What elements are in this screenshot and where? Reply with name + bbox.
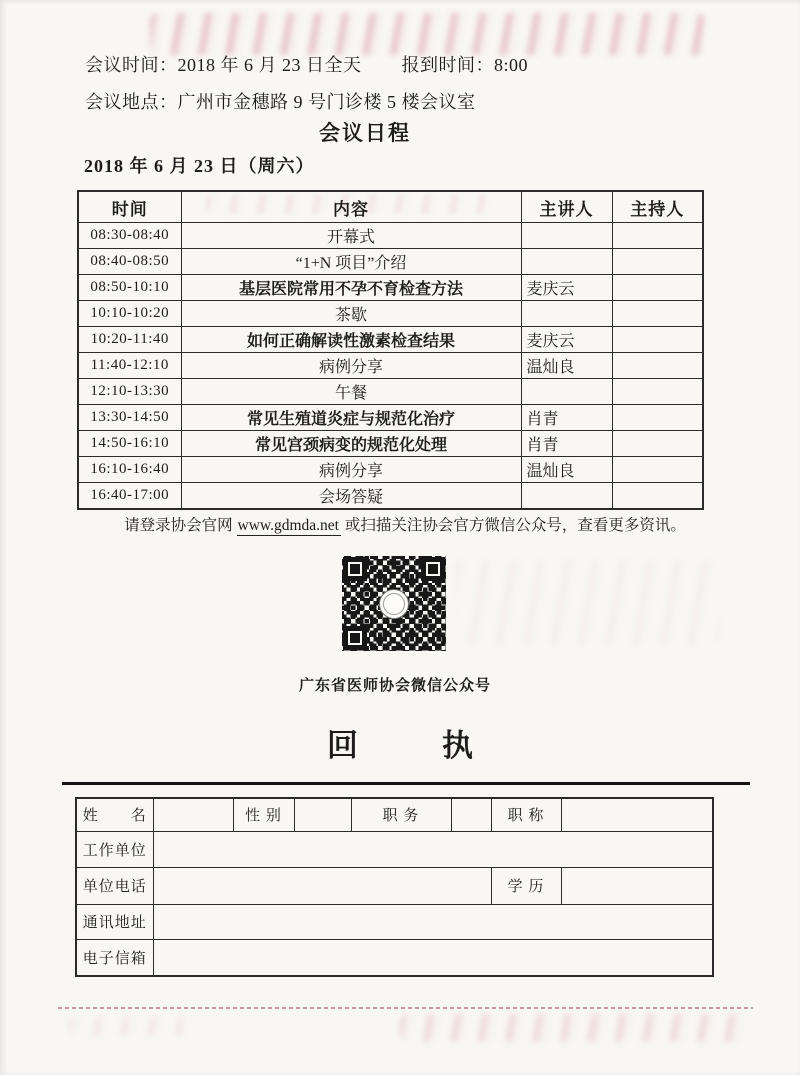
bleed-through-artifact-bottom-left — [68, 1016, 188, 1036]
schedule-row: 16:10-16:40 病例分享 温灿良 — [78, 457, 703, 483]
schedule-cell-time: 14:50-16:10 — [78, 431, 181, 457]
schedule-cell-speaker: 温灿良 — [521, 353, 612, 379]
schedule-cell-time: 08:40-08:50 — [78, 249, 181, 275]
schedule-cell-content: “1+N 项目”介绍 — [181, 249, 521, 275]
checkin-time-label: 报到时间： — [402, 55, 495, 75]
schedule-row: 12:10-13:30 午餐 — [78, 379, 703, 405]
column-header-time: 时间 — [78, 191, 181, 223]
meeting-time-line: 会议时间：2018 年 6 月 23 日全天报到时间：8:00 — [85, 51, 528, 77]
field-blank-title — [561, 798, 713, 831]
field-label-name: 姓 名 — [76, 798, 153, 831]
schedule-cell-time: 11:40-12:10 — [78, 353, 181, 379]
schedule-cell-time: 08:30-08:40 — [78, 223, 181, 249]
meeting-time-value: 2018 年 6 月 23 日全天 — [178, 55, 362, 75]
schedule-cell-time: 12:10-13:30 — [78, 379, 181, 405]
scanned-document-page: 会议时间：2018 年 6 月 23 日全天报到时间：8:00 会议地点：广州市… — [0, 0, 800, 1075]
field-label-email: 电子信箱 — [76, 939, 153, 976]
schedule-cell-speaker: 肖青 — [521, 431, 612, 457]
schedule-cell-time: 10:10-10:20 — [78, 301, 181, 327]
schedule-cell-time: 16:10-16:40 — [78, 457, 181, 483]
schedule-cell-speaker: 麦庆云 — [521, 275, 612, 301]
agenda-date-heading: 2018 年 6 月 23 日（周六） — [84, 152, 315, 178]
wechat-qr-code — [342, 556, 446, 651]
schedule-cell-host — [612, 249, 703, 275]
checkin-time-value: 8:00 — [494, 55, 528, 75]
field-label-title: 职 称 — [491, 798, 561, 831]
field-blank-email — [153, 939, 713, 976]
schedule-cell-time: 16:40-17:00 — [78, 483, 181, 510]
schedule-cell-content: 常见宫颈病变的规范化处理 — [181, 431, 521, 457]
schedule-cell-speaker: 麦庆云 — [521, 327, 612, 353]
schedule-cell-speaker — [521, 223, 612, 249]
schedule-cell-host — [612, 457, 703, 483]
meeting-place-value: 广州市金穗路 9 号门诊楼 5 楼会议室 — [178, 92, 476, 112]
qr-finder-bottom-left — [343, 626, 367, 650]
column-header-speaker: 主讲人 — [521, 191, 612, 223]
schedule-cell-host — [612, 379, 703, 405]
qr-finder-top-right — [421, 557, 445, 581]
field-label-address: 通讯地址 — [76, 904, 153, 939]
reply-form-table: 姓 名 性 别 职 务 职 称 工作单位 单位电话 学 历 通讯地址 — [75, 797, 714, 977]
field-label-phone: 单位电话 — [76, 867, 153, 904]
schedule-cell-time: 08:50-10:10 — [78, 275, 181, 301]
schedule-cell-host — [612, 483, 703, 510]
meeting-place-line: 会议地点：广州市金穗路 9 号门诊楼 5 楼会议室 — [85, 88, 476, 114]
schedule-cell-host — [612, 405, 703, 431]
field-blank-sex — [294, 798, 351, 831]
schedule-row: 10:10-10:20 茶歇 — [78, 301, 703, 327]
qr-finder-top-left — [343, 557, 367, 581]
field-blank-duty — [451, 798, 491, 831]
field-blank-employer — [153, 831, 713, 867]
meeting-time-label: 会议时间： — [85, 55, 178, 75]
field-label-sex: 性 别 — [233, 798, 294, 831]
agenda-title: 会议日程 — [0, 117, 730, 147]
reply-form-row-3: 单位电话 学 历 — [76, 867, 713, 904]
bleed-through-artifact-middle — [455, 560, 720, 645]
schedule-cell-content: 茶歇 — [181, 301, 521, 327]
schedule-cell-content: 病例分享 — [181, 353, 521, 379]
association-website-url: www.gdmda.net — [237, 517, 341, 536]
schedule-cell-speaker: 肖青 — [521, 405, 612, 431]
schedule-row: 16:40-17:00 会场答疑 — [78, 483, 703, 510]
schedule-row: 08:30-08:40 开幕式 — [78, 223, 703, 249]
field-blank-address — [153, 904, 713, 939]
schedule-cell-content: 基层医院常用不孕不育检查方法 — [181, 275, 521, 301]
bleed-through-dotted-line — [58, 1007, 753, 1009]
reply-form-row-5: 电子信箱 — [76, 939, 713, 976]
schedule-table: 时间 内容 主讲人 主持人 08:30-08:40 开幕式 08:40-08:5… — [77, 190, 704, 510]
schedule-cell-host — [612, 223, 703, 249]
bleed-through-artifact-top — [150, 13, 705, 55]
schedule-cell-host — [612, 431, 703, 457]
website-note-line: 请登录协会官网 www.gdmda.net 或扫描关注协会官方微信公众号，查看更… — [70, 513, 740, 535]
bleed-through-artifact-bottom-right — [400, 1014, 748, 1042]
column-header-content: 内容 — [181, 191, 521, 223]
schedule-row: 13:30-14:50 常见生殖道炎症与规范化治疗 肖青 — [78, 405, 703, 431]
schedule-cell-content: 开幕式 — [181, 223, 521, 249]
field-blank-degree — [561, 867, 713, 904]
association-logo-icon — [379, 589, 409, 619]
schedule-cell-content: 病例分享 — [181, 457, 521, 483]
field-label-employer: 工作单位 — [76, 831, 153, 867]
field-label-duty: 职 务 — [351, 798, 451, 831]
schedule-cell-speaker — [521, 483, 612, 510]
schedule-cell-content: 常见生殖道炎症与规范化治疗 — [181, 405, 521, 431]
schedule-cell-speaker: 温灿良 — [521, 457, 612, 483]
schedule-row: 11:40-12:10 病例分享 温灿良 — [78, 353, 703, 379]
schedule-row: 08:50-10:10 基层医院常用不孕不育检查方法 麦庆云 — [78, 275, 703, 301]
field-blank-name — [153, 798, 233, 831]
schedule-cell-time: 10:20-11:40 — [78, 327, 181, 353]
schedule-cell-content: 午餐 — [181, 379, 521, 405]
field-blank-phone — [153, 867, 491, 904]
schedule-cell-host — [612, 353, 703, 379]
section-divider-rule — [62, 782, 750, 785]
schedule-cell-time: 13:30-14:50 — [78, 405, 181, 431]
qr-caption: 广东省医师协会微信公众号 — [0, 674, 790, 695]
field-label-degree: 学 历 — [491, 867, 561, 904]
schedule-cell-speaker — [521, 379, 612, 405]
schedule-cell-speaker — [521, 249, 612, 275]
reply-form-row-2: 工作单位 — [76, 831, 713, 867]
reply-title-char-2: 执 — [442, 720, 473, 765]
schedule-cell-host — [612, 327, 703, 353]
reply-form-row-4: 通讯地址 — [76, 904, 713, 939]
reply-form-row-1: 姓 名 性 别 职 务 职 称 — [76, 798, 713, 831]
schedule-cell-content: 如何正确解读性激素检查结果 — [181, 327, 521, 353]
schedule-header-row: 时间 内容 主讲人 主持人 — [78, 191, 703, 223]
schedule-cell-host — [612, 301, 703, 327]
schedule-cell-host — [612, 275, 703, 301]
schedule-cell-content: 会场答疑 — [181, 483, 521, 510]
schedule-row: 14:50-16:10 常见宫颈病变的规范化处理 肖青 — [78, 431, 703, 457]
schedule-row: 10:20-11:40 如何正确解读性激素检查结果 麦庆云 — [78, 327, 703, 353]
column-header-host: 主持人 — [612, 191, 703, 223]
note-suffix: 或扫描关注协会官方微信公众号，查看更多资讯。 — [345, 517, 686, 534]
schedule-cell-speaker — [521, 301, 612, 327]
meeting-place-label: 会议地点： — [85, 92, 178, 112]
reply-section-title: 回 执 — [0, 720, 800, 765]
note-prefix: 请登录协会官网 — [124, 517, 233, 534]
schedule-row: 08:40-08:50 “1+N 项目”介绍 — [78, 249, 703, 275]
reply-title-char-1: 回 — [327, 720, 358, 765]
